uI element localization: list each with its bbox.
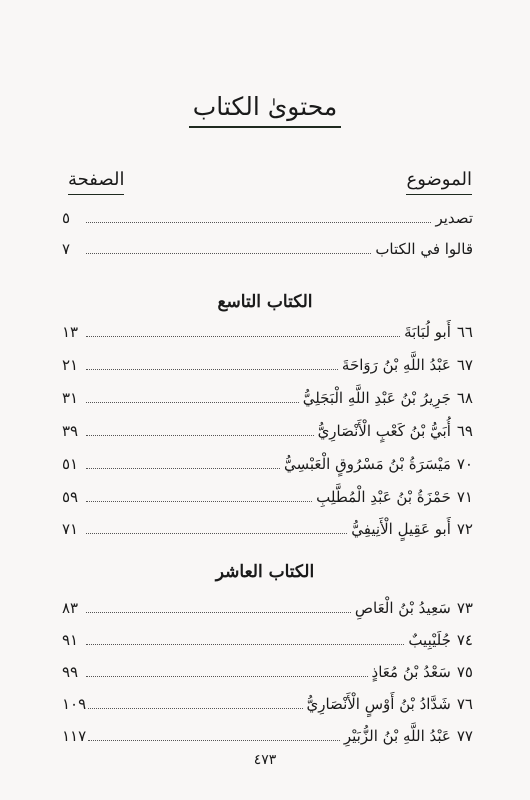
entry-label: تصدير (435, 208, 473, 228)
entry-label: أُبَيُّ بْنُ كَعْبٍ الْأَنْصَارِيُّ (318, 421, 451, 441)
dot-leader (86, 501, 312, 502)
toc-entry[interactable]: ٦٦ أَبو لُبَابَةَ ١٣ (62, 320, 473, 342)
dot-leader (88, 740, 340, 741)
toc-entry[interactable]: ٧٥ سَعْدُ بْنُ مُعَاذٍ ٩٩ (62, 660, 473, 682)
page-number: ٤٧٣ (0, 752, 530, 768)
entry-number: ٧٥ (457, 662, 473, 682)
toc-entry[interactable]: ٧٤ جُلَيْبِيبٌ ٩١ (62, 628, 473, 650)
entry-page: ١٣ (62, 322, 84, 342)
entry-label: أَبو عَقِيلٍ الْأَنِيفِيُّ (351, 519, 451, 539)
entry-number: ٧١ (457, 487, 473, 507)
entry-number: ٦٦ (457, 322, 473, 342)
entry-label: شَدَّادُ بْنُ أَوْسٍ الْأَنْصَارِيُّ (307, 694, 451, 714)
dot-leader (86, 644, 404, 645)
toc-entry[interactable]: ٧٦ شَدَّادُ بْنُ أَوْسٍ الْأَنْصَارِيُّ … (62, 692, 473, 714)
entry-label: حَمْزَةُ بْنُ عَبْدِ الْمُطَّلِبِ (316, 487, 451, 507)
entry-label: أَبو لُبَابَةَ (404, 322, 451, 342)
entry-label: جُلَيْبِيبٌ (408, 630, 451, 650)
entry-number: ٧٠ (457, 454, 473, 474)
entry-number: ٧٣ (457, 598, 473, 618)
dot-leader (86, 612, 351, 613)
section-heading-book-9: الكتاب التاسع (0, 291, 530, 313)
dot-leader (86, 253, 371, 254)
dot-leader (88, 708, 302, 709)
section-heading-book-10: الكتاب العاشر (0, 561, 530, 583)
dot-leader (86, 222, 431, 223)
entry-page: ٧١ (62, 519, 84, 539)
page-title-text: محتوىٰ الكتاب (189, 92, 342, 128)
entry-label: عَبْدُ اللَّهِ بْنُ الزُّبَيْرِ (344, 726, 451, 746)
entry-label: جَرِيرُ بْنُ عَبْدِ اللَّهِ الْبَجَلِيُّ (303, 388, 451, 408)
entry-page: ٩٩ (62, 662, 84, 682)
entry-label: سَعْدُ بْنُ مُعَاذٍ (372, 662, 451, 682)
entry-page: ١١٧ (62, 726, 86, 746)
entry-page: ١٠٩ (62, 694, 86, 714)
entry-page: ٧ (62, 239, 84, 259)
toc-entry[interactable]: ٦٨ جَرِيرُ بْنُ عَبْدِ اللَّهِ الْبَجَلِ… (62, 386, 473, 408)
entry-page: ٣٩ (62, 421, 84, 441)
dot-leader (86, 402, 299, 403)
column-header-page: الصفحة (68, 168, 124, 195)
toc-entry[interactable]: ٧١ حَمْزَةُ بْنُ عَبْدِ الْمُطَّلِبِ ٥٩ (62, 485, 473, 507)
dot-leader (86, 468, 280, 469)
entry-number: ٧٢ (457, 519, 473, 539)
entry-number: ٧٦ (457, 694, 473, 714)
entry-page: ٥١ (62, 454, 84, 474)
dot-leader (86, 533, 347, 534)
entry-label: قالوا في الكتاب (375, 239, 473, 259)
dot-leader (86, 435, 314, 436)
dot-leader (86, 336, 400, 337)
toc-entry-foreword[interactable]: تصدير ٥ (62, 206, 473, 228)
page-title: محتوىٰ الكتاب (0, 92, 530, 128)
toc-entry-testimonials[interactable]: قالوا في الكتاب ٧ (62, 237, 473, 259)
entry-label: مَيْسَرَةُ بْنُ مَسْرُوقٍ الْعَبْسِيُّ (284, 454, 451, 474)
column-header-topic: الموضوع (406, 168, 472, 195)
entry-label: سَعِيدُ بْنُ الْعَاصِ (355, 598, 451, 618)
entry-page: ٢١ (62, 355, 84, 375)
toc-entry[interactable]: ٦٩ أُبَيُّ بْنُ كَعْبٍ الْأَنْصَارِيُّ ٣… (62, 419, 473, 441)
toc-entry[interactable]: ٧٢ أَبو عَقِيلٍ الْأَنِيفِيُّ ٧١ (62, 517, 473, 539)
toc-entry[interactable]: ٧٧ عَبْدُ اللَّهِ بْنُ الزُّبَيْرِ ١١٧ (62, 724, 473, 746)
entry-page: ٩١ (62, 630, 84, 650)
entry-number: ٦٧ (457, 355, 473, 375)
entry-number: ٧٧ (457, 726, 473, 746)
entry-page: ٨٣ (62, 598, 84, 618)
entry-number: ٦٨ (457, 388, 473, 408)
entry-page: ٥ (62, 208, 84, 228)
entry-label: عَبْدُ اللَّهِ بْنُ رَوَاحَةَ (342, 355, 451, 375)
toc-entry[interactable]: ٧٣ سَعِيدُ بْنُ الْعَاصِ ٨٣ (62, 596, 473, 618)
entry-number: ٧٤ (457, 630, 473, 650)
dot-leader (86, 369, 338, 370)
entry-page: ٥٩ (62, 487, 84, 507)
toc-entry[interactable]: ٦٧ عَبْدُ اللَّهِ بْنُ رَوَاحَةَ ٢١ (62, 353, 473, 375)
toc-entry[interactable]: ٧٠ مَيْسَرَةُ بْنُ مَسْرُوقٍ الْعَبْسِيُ… (62, 452, 473, 474)
entry-page: ٣١ (62, 388, 84, 408)
entry-number: ٦٩ (457, 421, 473, 441)
dot-leader (86, 676, 368, 677)
book-page: محتوىٰ الكتاب الموضوع الصفحة تصدير ٥ قال… (0, 0, 530, 800)
